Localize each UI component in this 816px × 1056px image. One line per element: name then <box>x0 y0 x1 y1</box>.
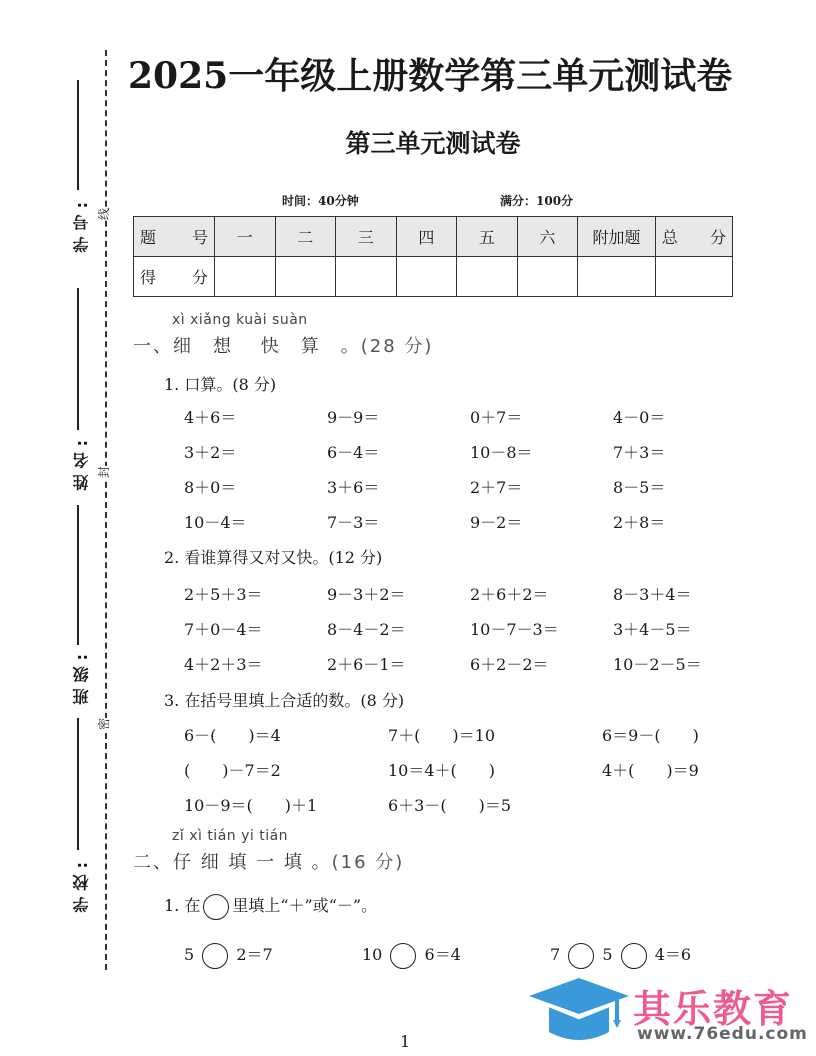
name-label: 姓名: <box>70 434 93 490</box>
graduation-cap-icon <box>525 976 635 1046</box>
operator-problem: 7 5 4＝6 <box>550 942 691 969</box>
header-cell-2: 二 <box>275 217 336 257</box>
score-cell-bonus[interactable] <box>578 257 656 297</box>
s2-q1-title: 1. 在里填上“＋”或“－”。 <box>164 893 377 920</box>
problem: 4＋2＋3＝ <box>184 652 263 675</box>
class-label: 班级: <box>70 648 93 704</box>
score-cell-1[interactable] <box>214 257 275 297</box>
problem: 7－3＝ <box>327 510 379 533</box>
name-line <box>77 288 79 430</box>
page-subtitle: 第三单元测试卷 <box>0 124 816 160</box>
score-cell-6[interactable] <box>517 257 578 297</box>
operator-problem: 10 6＝4 <box>362 942 461 969</box>
problem: 9－2＝ <box>470 510 522 533</box>
fill-blank-problem[interactable]: 7＋( )＝10 <box>388 723 495 746</box>
problem: 10－2－5＝ <box>613 652 702 675</box>
problem: 3＋2＝ <box>184 440 236 463</box>
fill-blank-problem[interactable]: 10＝4＋( ) <box>388 758 495 781</box>
page-title: 2025一年级上册数学第三单元测试卷 <box>128 48 732 99</box>
problem: 2＋7＝ <box>470 475 522 498</box>
seal-mark-secret: 密 <box>96 718 112 730</box>
student-number-label: 学号: <box>70 196 93 252</box>
section2-heading: 二、仔 细 填 一 填 。(16 分) <box>133 848 404 874</box>
operator-circle-input[interactable] <box>390 943 416 969</box>
fill-blank-problem[interactable]: 6＋3－( )＝5 <box>388 793 511 816</box>
header-cell-1: 一 <box>214 217 275 257</box>
circle-blank-icon <box>203 894 229 920</box>
header-cell-total: 总分 <box>655 217 732 257</box>
problem: 3＋4－5＝ <box>613 617 692 640</box>
problem: 8－4－2＝ <box>327 617 406 640</box>
problem: 6－4＝ <box>327 440 379 463</box>
section1-title: 一、细 想 快 算 。 <box>133 336 361 357</box>
header-cell-5: 五 <box>457 217 518 257</box>
problem: 8－3＋4＝ <box>613 582 692 605</box>
operator-circle-input[interactable] <box>202 943 228 969</box>
section1-pinyin: xì xiǎng kuài suàn <box>172 312 308 328</box>
school-label: 学校: <box>70 856 93 912</box>
problem: 7＋0－4＝ <box>184 617 263 640</box>
header-label-cell: 题号 <box>134 217 215 257</box>
header-cell-6: 六 <box>517 217 578 257</box>
score-table-score-row: 得分 <box>134 257 733 297</box>
q1-title: 1. 口算。(8 分) <box>164 372 276 395</box>
section2-points: (16 分) <box>332 852 405 873</box>
q2-title: 2. 看谁算得又对又快。(12 分) <box>164 545 382 568</box>
problem: 9－9＝ <box>327 405 379 428</box>
section2-pinyin: zǐ xì tián yi tián <box>172 828 288 844</box>
class-line <box>77 505 79 645</box>
watermark-logo: 其乐教育 www.76edu.com <box>525 976 815 1046</box>
score-cell-4[interactable] <box>396 257 457 297</box>
problem: 6＋2－2＝ <box>470 652 549 675</box>
operator-circle-input[interactable] <box>568 943 594 969</box>
full-score: 满分：100分 <box>500 192 573 209</box>
operator-problem: 5 2＝7 <box>184 942 273 969</box>
problem: 2＋5＋3＝ <box>184 582 263 605</box>
score-cell-2[interactable] <box>275 257 336 297</box>
header-cell-bonus: 附加题 <box>578 217 656 257</box>
header-cell-4: 四 <box>396 217 457 257</box>
problem: 7＋3＝ <box>613 440 665 463</box>
fill-blank-problem[interactable]: 10－9＝( )＋1 <box>184 793 317 816</box>
score-cell-5[interactable] <box>457 257 518 297</box>
score-cell-3[interactable] <box>336 257 397 297</box>
school-line <box>77 718 79 850</box>
problem: 10－8＝ <box>470 440 533 463</box>
section1-points: (28 分) <box>361 336 434 357</box>
seal-dashed-line <box>105 50 107 970</box>
fill-blank-problem[interactable]: ( )－7＝2 <box>184 758 281 781</box>
problem: 9－3＋2＝ <box>327 582 406 605</box>
problem: 10－4＝ <box>184 510 247 533</box>
time-limit: 时间：40分钟 <box>282 192 359 209</box>
problem: 0＋7＝ <box>470 405 522 428</box>
operator-circle-input[interactable] <box>621 943 647 969</box>
problem: 2＋6－1＝ <box>327 652 406 675</box>
problem: 10－7－3＝ <box>470 617 559 640</box>
problem: 8＋0＝ <box>184 475 236 498</box>
header-cell-3: 三 <box>336 217 397 257</box>
q3-title: 3. 在括号里填上合适的数。(8 分) <box>164 688 404 711</box>
fill-blank-problem[interactable]: 4＋( )＝9 <box>602 758 699 781</box>
problem: 2＋6＋2＝ <box>470 582 549 605</box>
watermark-url: www.76edu.com <box>637 1024 808 1044</box>
score-table: 题号 一 二 三 四 五 六 附加题 总分 得分 <box>133 216 733 297</box>
section1-heading: 一、细 想 快 算 。(28 分) <box>133 332 433 358</box>
fill-blank-problem[interactable]: 6＝9－( ) <box>602 723 699 746</box>
problem: 2＋8＝ <box>613 510 665 533</box>
problem: 8－5＝ <box>613 475 665 498</box>
problem: 3＋6＝ <box>327 475 379 498</box>
section2-title: 二、仔 细 填 一 填 。 <box>133 852 332 873</box>
score-table-header-row: 题号 一 二 三 四 五 六 附加题 总分 <box>134 217 733 257</box>
problem: 4－0＝ <box>613 405 665 428</box>
score-cell-total[interactable] <box>655 257 732 297</box>
problem: 4＋6＝ <box>184 405 236 428</box>
fill-blank-problem[interactable]: 6－( )＝4 <box>184 723 281 746</box>
page-number: 1 <box>400 1032 410 1051</box>
score-label-cell: 得分 <box>134 257 215 297</box>
